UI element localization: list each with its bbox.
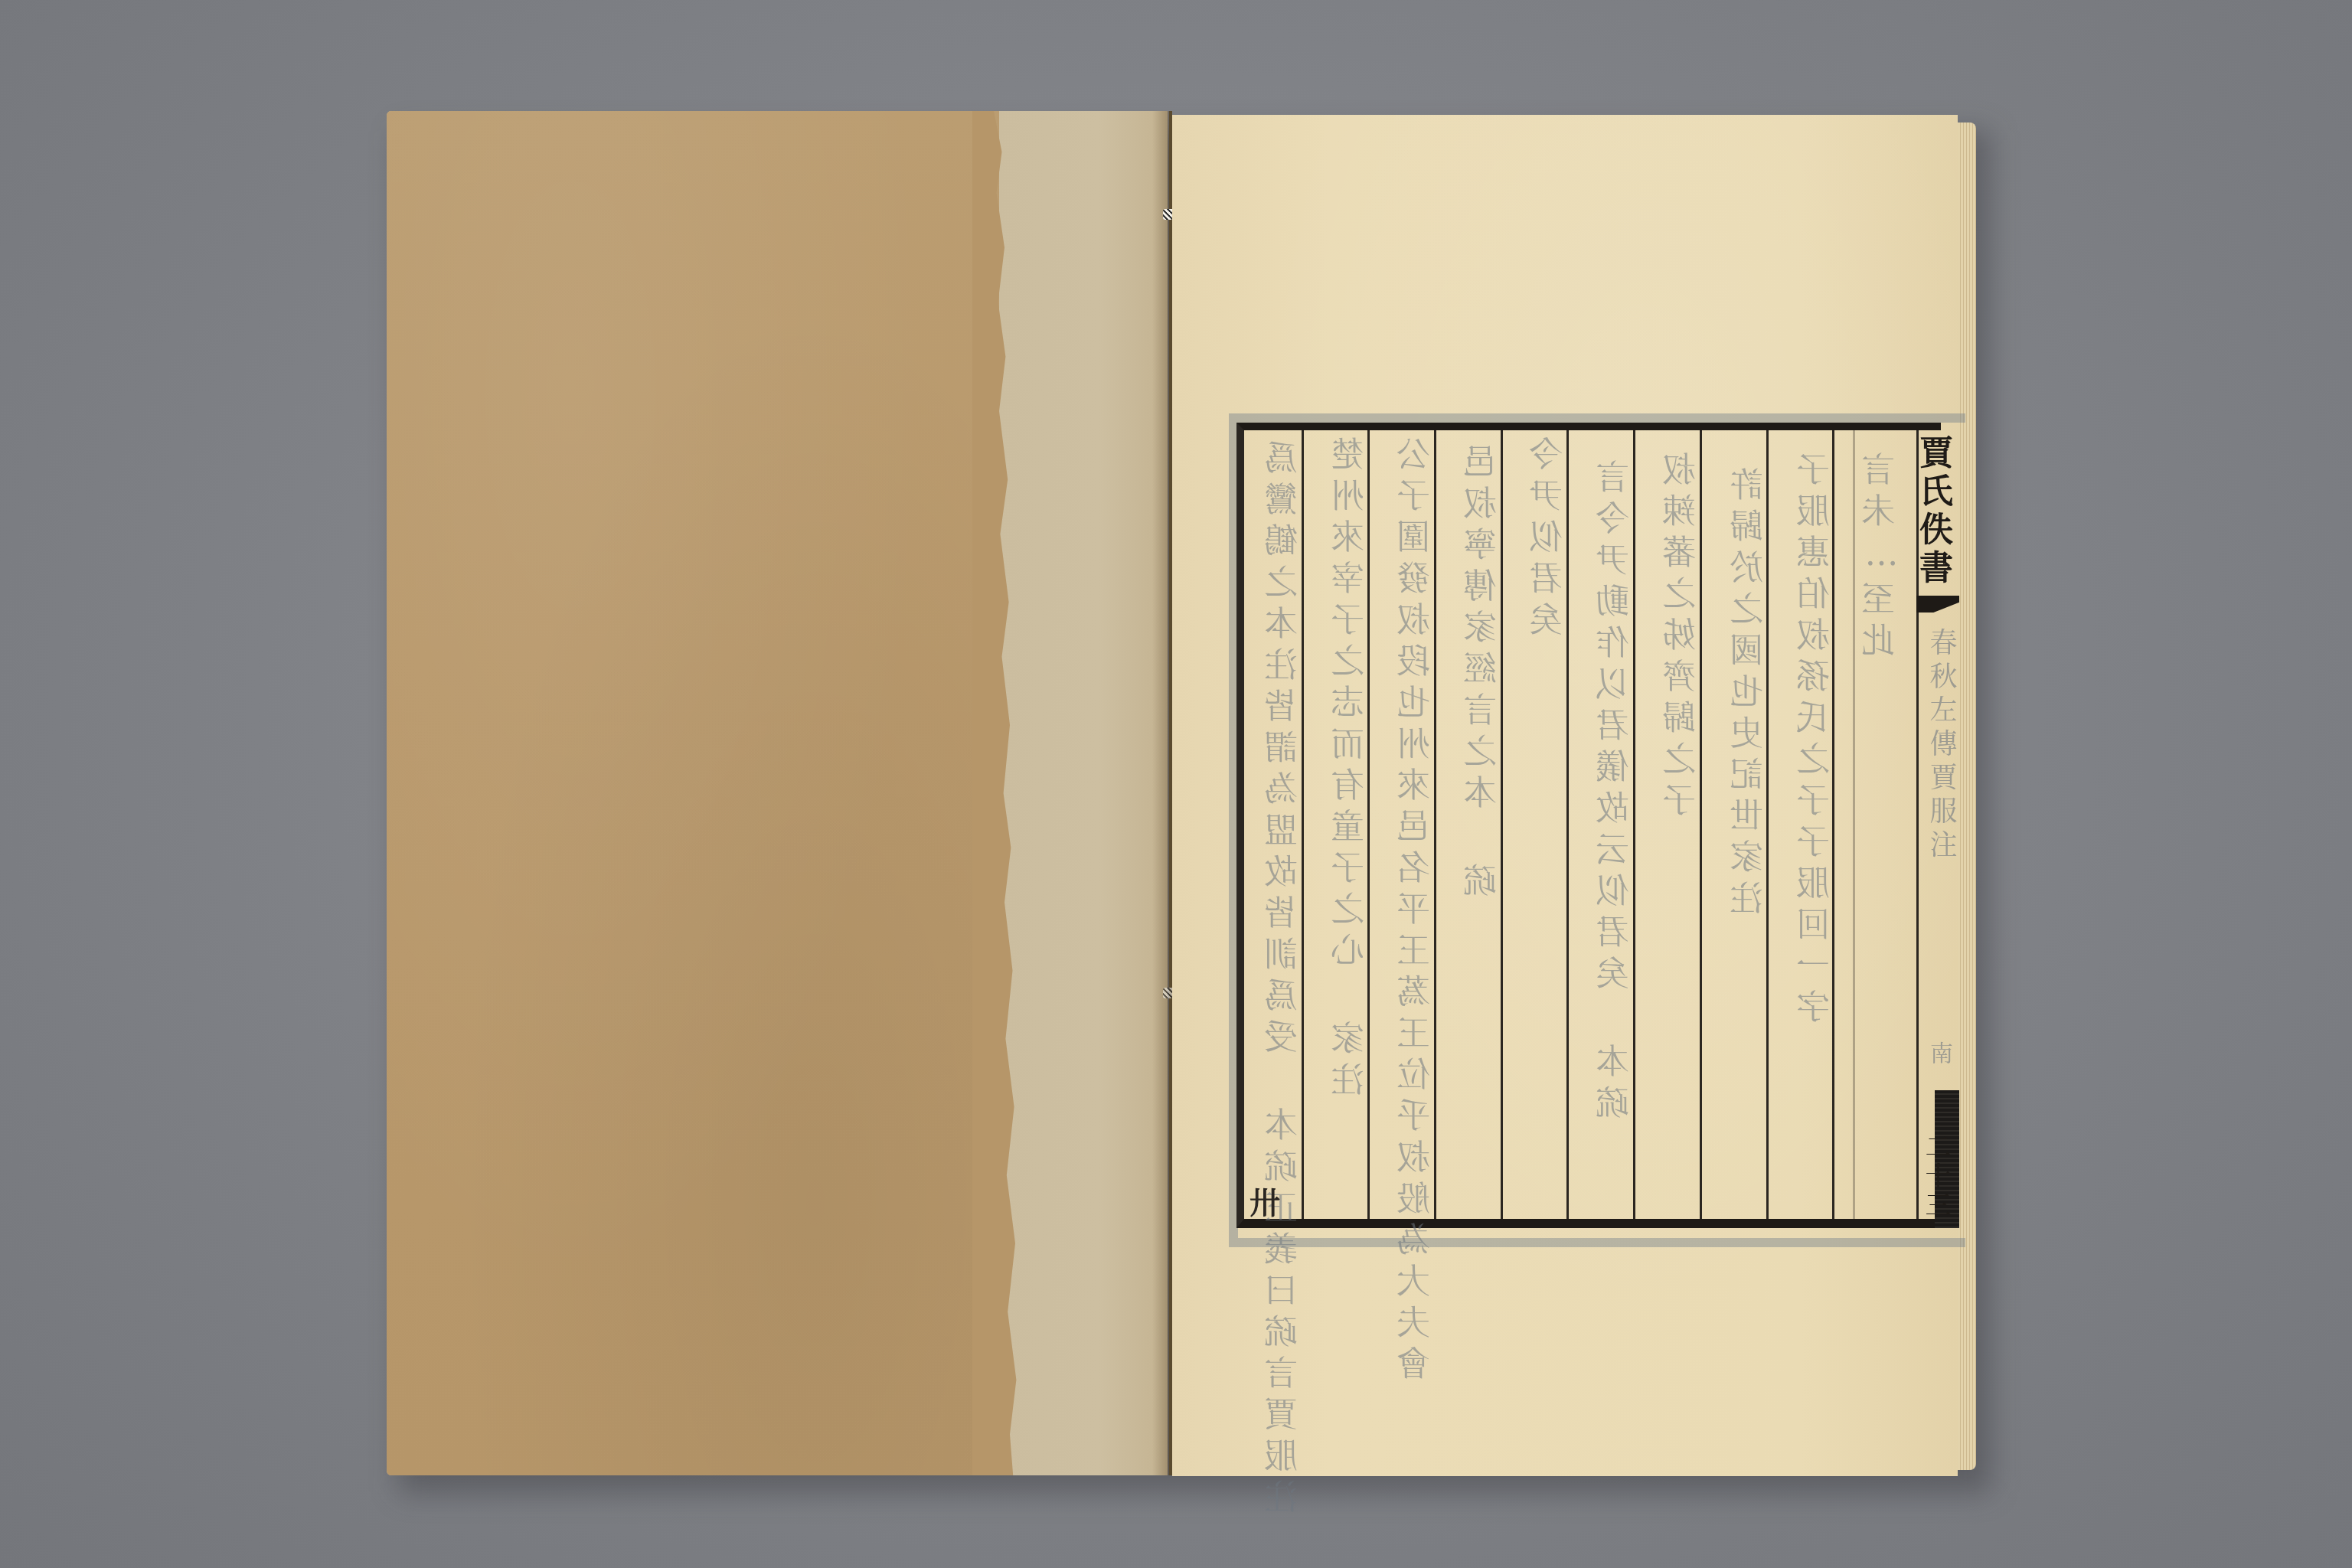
column-rule xyxy=(1853,430,1855,1219)
banxin-page-number: 二十三 xyxy=(1917,1133,1955,1220)
show-through-column: 楚州來宰子之志而有童子之心 家注 xyxy=(1330,436,1373,1103)
banxin-book-title: 賈氏佚書 xyxy=(1919,435,1957,588)
gutter-shadow xyxy=(1152,111,1169,1475)
show-through-column: 言未…至此 xyxy=(1860,452,1903,664)
show-through-column: 爲鸞鶴之本注皆謂為盟故皆訓爲受 本疏正義曰疏言賈服注 xyxy=(1263,440,1306,1521)
show-through-column: 叔辣蕃之姊齊歸之子 xyxy=(1661,452,1704,824)
show-through-column: 公子圍發叔段也州來邑名平王蒍王位乎叔般為大夫會 xyxy=(1396,436,1439,1387)
show-through-column: 許歸於之國也史記世家注 xyxy=(1729,467,1772,922)
show-through-column: 邑叔寧傳家經言之本 疏 xyxy=(1462,444,1505,904)
banxin-chapter-label: 春秋左傳賈服注 xyxy=(1922,628,1961,864)
banxin-lower-mark: 南 xyxy=(1922,1041,1955,1070)
pastedown-paper xyxy=(995,111,1168,1475)
show-through-column: 令尹似君矣 xyxy=(1528,436,1571,643)
corner-page-mark: 卅 xyxy=(1249,1179,1280,1223)
show-through-column: 子服惠伯叔孫氏之子子服回一字 xyxy=(1795,452,1838,1031)
inside-front-cover xyxy=(387,111,999,1475)
show-through-column: 言令尹動作以君儀故云似君矣 本疏 xyxy=(1595,459,1638,1126)
